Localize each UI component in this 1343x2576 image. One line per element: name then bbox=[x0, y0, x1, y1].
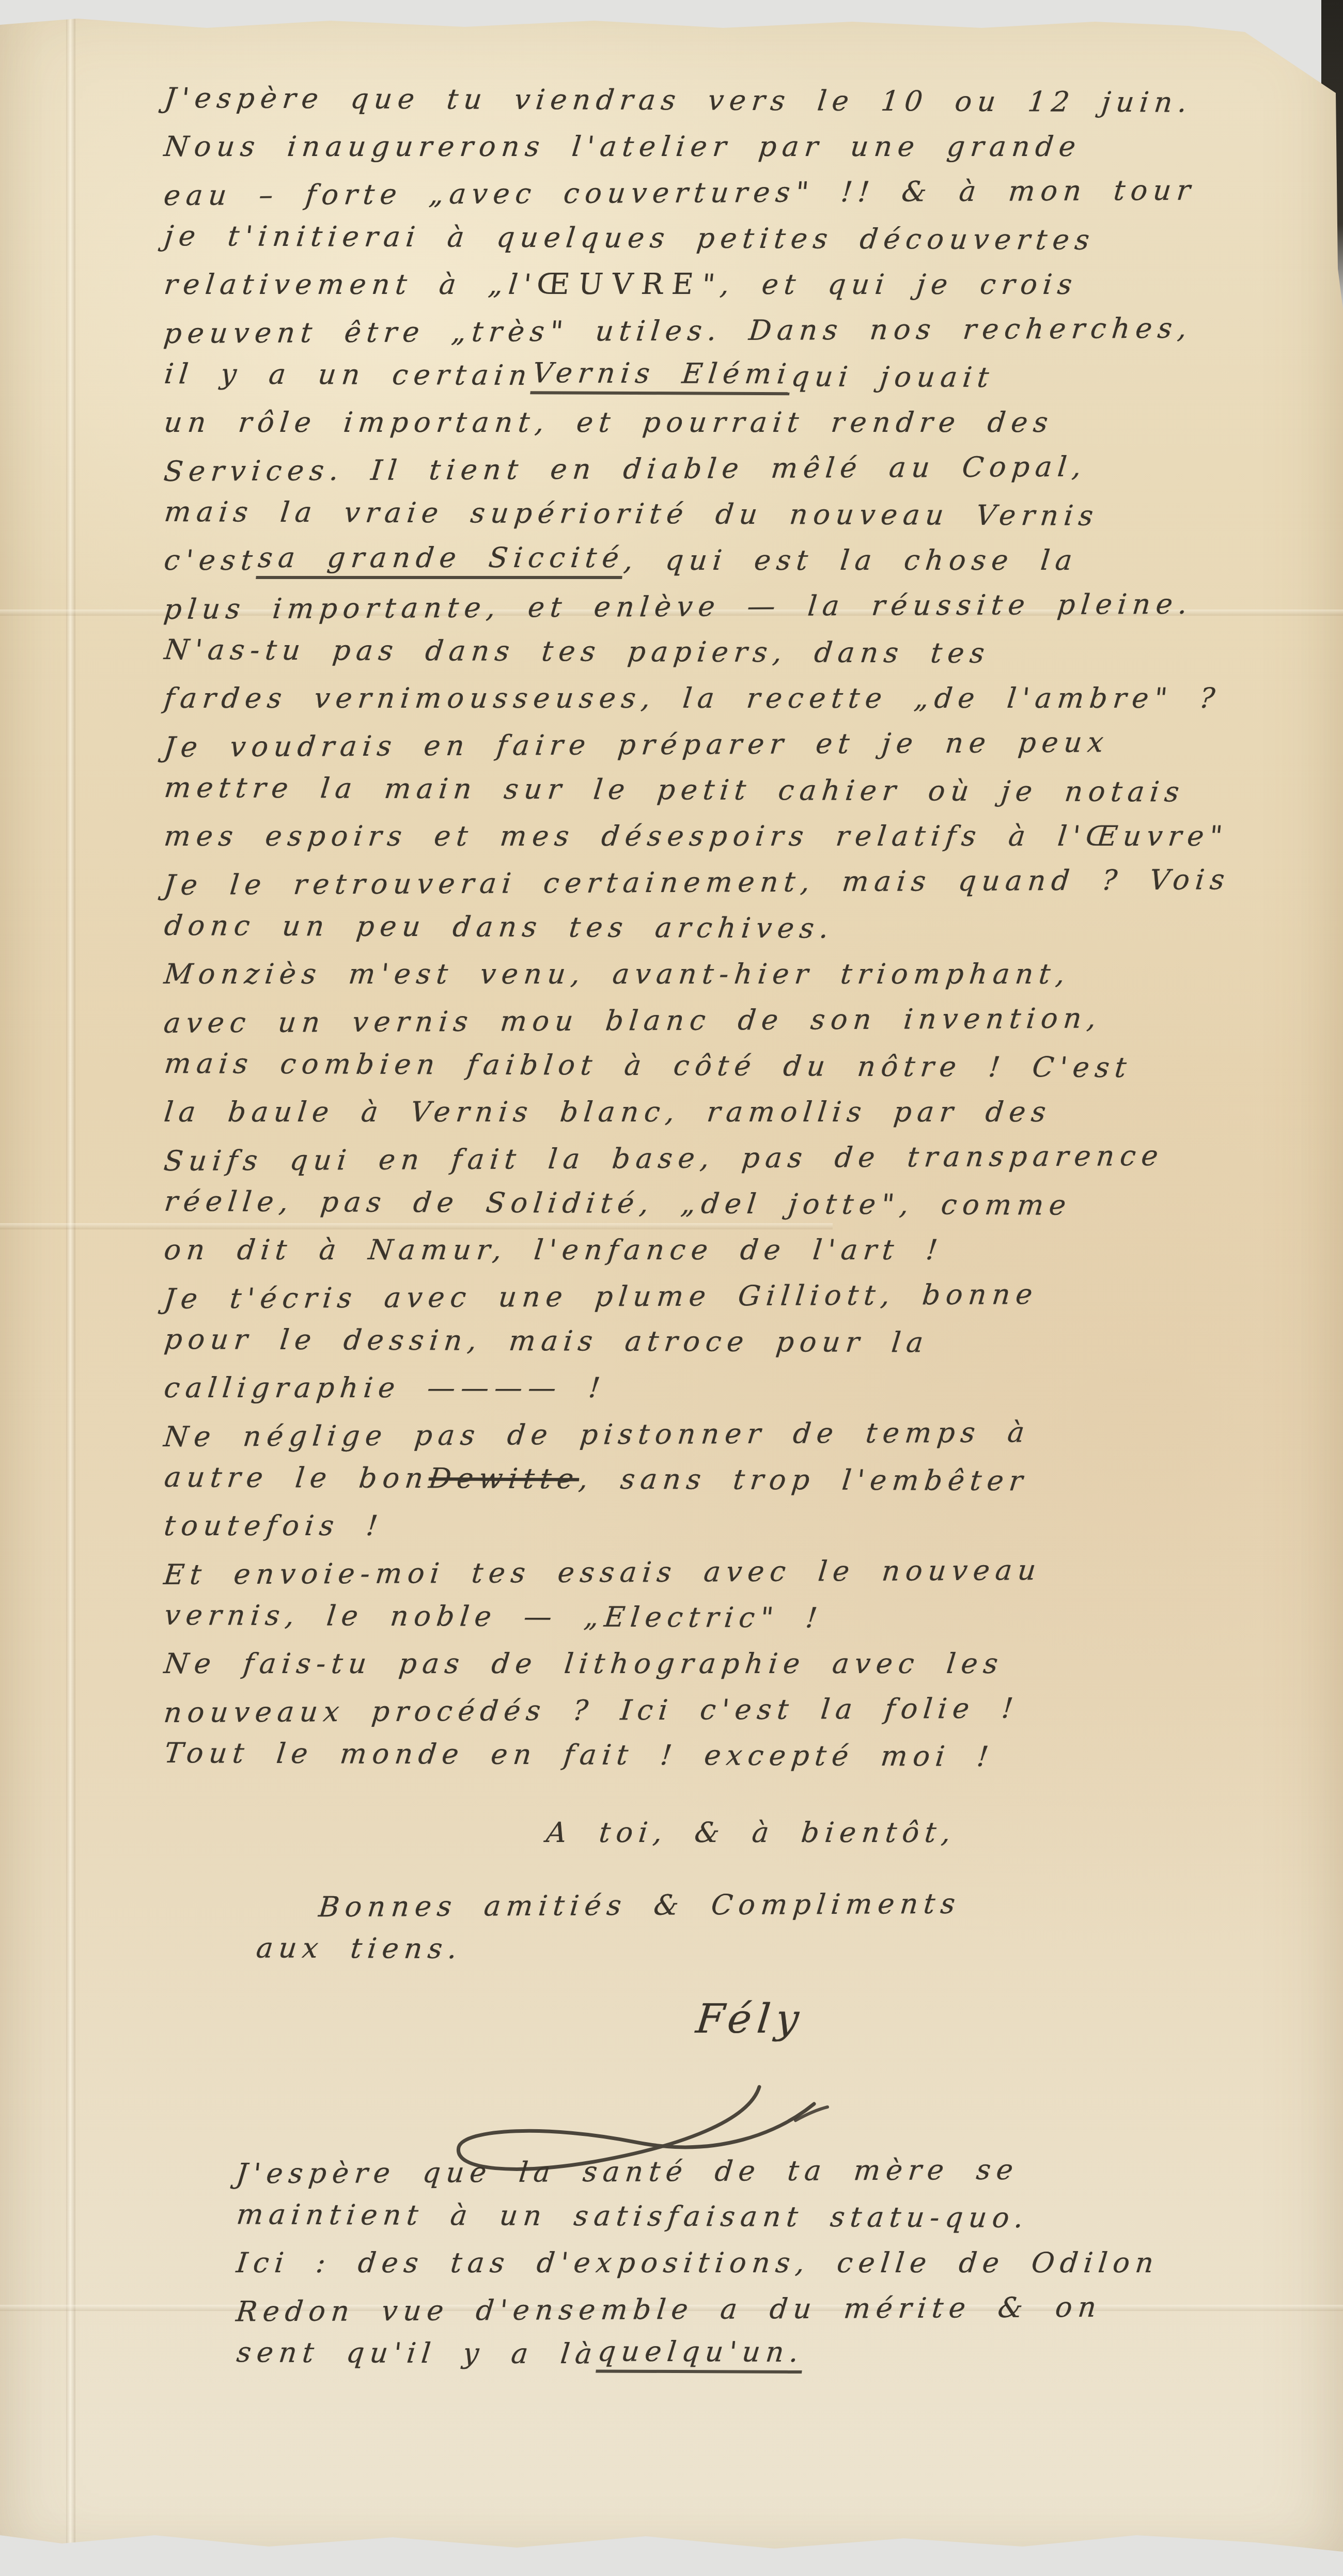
text-segment: calligraphie ———— ! bbox=[163, 1371, 607, 1404]
text-segment: Ne fais-tu pas de lithographie avec les bbox=[163, 1647, 1005, 1680]
text-segment: Monziès m'est venu, avant-hier triomphan… bbox=[163, 958, 1072, 990]
text-segment: aux tiens. bbox=[255, 1931, 464, 1965]
letter-paper: J'espère que tu viendras vers le 10 ou 1… bbox=[0, 0, 1343, 2576]
letter-line: autre le bon Dewitte, sans trop l'embête… bbox=[162, 1454, 1343, 1505]
letter-line: Nous inaugurerons l'atelier par une gran… bbox=[162, 123, 1343, 169]
letter-line: relativement à „l'ŒUVRE", et qui je croi… bbox=[162, 261, 1343, 307]
underlined-text: quelqu'un. bbox=[596, 2335, 806, 2374]
text-segment: sent qu'il y a là bbox=[235, 2336, 599, 2370]
postscript-line: sent qu'il y a là quelqu'un. bbox=[235, 2329, 1343, 2380]
text-segment: mais la vraie supériorité du nouveau Ver… bbox=[163, 495, 1100, 532]
letter-line: il y a un certain Vernis Elémi qui jouai… bbox=[162, 351, 1343, 402]
text-segment: plus importante, et enlève — la réussite… bbox=[162, 588, 1194, 626]
text-segment: Je voudrais en faire préparer et je ne p… bbox=[162, 726, 1111, 763]
text-segment: A toi, & à bientôt, bbox=[545, 1816, 958, 1849]
text-segment: maintient à un satisfaisant statu-quo. bbox=[235, 2198, 1030, 2234]
letter-line: Ne fais-tu pas de lithographie avec les bbox=[162, 1641, 1343, 1687]
letter-line: mais la vraie supériorité du nouveau Ver… bbox=[162, 489, 1343, 540]
text-segment: on dit à Namur, l'enfance de l'art ! bbox=[163, 1234, 945, 1266]
text-segment: je t'initierai à quelques petites découv… bbox=[163, 220, 1097, 256]
text-segment: eau – forte „avec couvertures" !! & à mo… bbox=[162, 174, 1197, 212]
postscript-line: Redon vue d'ensemble a du mérite & on bbox=[234, 2283, 1343, 2334]
letter-line: toutefois ! bbox=[162, 1503, 1343, 1549]
closing-line: Bonnes amitiés & Compliments bbox=[317, 1879, 1343, 1930]
letter-line: Et envoie-moi tes essais avec le nouveau bbox=[162, 1545, 1343, 1598]
text-segment: Ici : des tas d'expositions, celle de Od… bbox=[235, 2246, 1161, 2279]
text-segment: pour le dessin, mais atroce pour la bbox=[163, 1323, 930, 1359]
text-segment: mes espoirs et mes désespoirs relatifs à… bbox=[163, 820, 1230, 852]
letter-line: Tout le monde en fait ! excepté moi ! bbox=[162, 1730, 1343, 1781]
text-segment: J'espère que tu viendras vers le 10 ou 1… bbox=[163, 82, 1194, 119]
letter-line: eau – forte „avec couvertures" !! & à mo… bbox=[162, 166, 1343, 218]
text-segment: il y a un certain bbox=[163, 357, 534, 392]
letter-line: plus importante, et enlève — la réussite… bbox=[162, 580, 1343, 632]
struck-out-text: Dewitte bbox=[427, 1462, 581, 1495]
letter-line: vernis, le noble — „Electric" ! bbox=[162, 1592, 1343, 1643]
letter-line: peuvent être „très" utiles. Dans nos rec… bbox=[162, 304, 1343, 356]
text-segment: Ne néglige pas de pistonner de temps à bbox=[162, 1416, 1032, 1453]
letter-line: mais combien faiblot à côté du nôtre ! C… bbox=[162, 1040, 1343, 1091]
letter-line: mettre la main sur le petit cahier où je… bbox=[162, 764, 1343, 816]
text-segment: autre le bon bbox=[163, 1461, 431, 1494]
letter-line: réelle, pas de Solidité, „del jotte", co… bbox=[162, 1178, 1343, 1229]
letter-line: Je voudrais en faire préparer et je ne p… bbox=[162, 718, 1343, 770]
text-segment: Et envoie-moi tes essais avec le nouveau bbox=[162, 1554, 1043, 1591]
text-segment: mais combien faiblot à côté du nôtre ! C… bbox=[163, 1047, 1134, 1084]
text-segment: Je le retrouverai certainement, mais qua… bbox=[162, 863, 1231, 901]
letter-body: J'espère que tu viendras vers le 10 ou 1… bbox=[0, 77, 1343, 2378]
text-segment: avec un vernis mou blanc de son inventio… bbox=[162, 1002, 1103, 1039]
closing-line: aux tiens. bbox=[254, 1925, 1343, 1975]
text-segment: nouveaux procédés ? Ici c'est la folie ! bbox=[162, 1692, 1020, 1729]
text-segment: un rôle important, et pourrait rendre de… bbox=[163, 406, 1055, 439]
capitals-text: ŒUVRE bbox=[535, 268, 704, 301]
text-segment: la baule à Vernis blanc, ramollis par de… bbox=[163, 1096, 1053, 1128]
text-segment: Je t'écris avec une plume Gilliott, bonn… bbox=[162, 1278, 1039, 1315]
letter-line: fardes vernimousseuses, la recette „de l… bbox=[162, 675, 1343, 721]
text-segment: Suifs qui en fait la base, pas de transp… bbox=[162, 1139, 1165, 1177]
letter-line: avec un vernis mou blanc de son inventio… bbox=[162, 994, 1343, 1046]
letter-line: c'est sa grande Siccité, qui est la chos… bbox=[162, 537, 1343, 583]
text-segment: Redon vue d'ensemble a du mérite & on bbox=[235, 2291, 1103, 2328]
letter-line: Je t'écris avec une plume Gilliott, bonn… bbox=[162, 1270, 1343, 1322]
text-segment: donc un peu dans tes archives. bbox=[163, 909, 836, 945]
letter-line: Services. Il tient en diable mêlé au Cop… bbox=[162, 442, 1343, 494]
letter-line: N'as-tu pas dans tes papiers, dans tes bbox=[162, 627, 1343, 678]
underlined-text: sa grande Siccité bbox=[256, 541, 626, 579]
text-segment: N'as-tu pas dans tes papiers, dans tes bbox=[163, 633, 992, 669]
letter-line: Suifs qui en fait la base, pas de transp… bbox=[162, 1132, 1343, 1184]
letter-line: calligraphie ———— ! bbox=[162, 1365, 1343, 1411]
text-segment: J'espère que la santé de ta mère se bbox=[235, 2153, 1020, 2190]
text-segment: Nous inaugurerons l'atelier par une gran… bbox=[163, 130, 1083, 163]
letter-line: la baule à Vernis blanc, ramollis par de… bbox=[162, 1089, 1343, 1135]
letter-line: J'espère que tu viendras vers le 10 ou 1… bbox=[162, 75, 1343, 126]
text-segment: Tout le monde en fait ! excepté moi ! bbox=[163, 1737, 996, 1773]
text-segment: peuvent être „très" utiles. Dans nos rec… bbox=[162, 312, 1194, 350]
text-segment: fardes vernimousseuses, la recette „de l… bbox=[163, 682, 1222, 714]
postscript-line: J'espère que la santé de ta mère se bbox=[234, 2145, 1343, 2196]
text-segment: Fély bbox=[694, 1996, 806, 2042]
letter-line: Monziès m'est venu, avant-hier triomphan… bbox=[162, 951, 1343, 997]
letter-line: je t'initierai à quelques petites découv… bbox=[162, 213, 1343, 264]
letter-line: pour le dessin, mais atroce pour la bbox=[162, 1316, 1343, 1367]
text-segment: ", et qui je crois bbox=[700, 268, 1080, 301]
signature: Fély bbox=[693, 1988, 1343, 2051]
text-segment: Bonnes amitiés & Compliments bbox=[317, 1887, 962, 1924]
postscript-line: Ici : des tas d'expositions, celle de Od… bbox=[234, 2240, 1343, 2286]
underlined-text: Vernis Elémi bbox=[530, 356, 794, 395]
text-segment: mettre la main sur le petit cahier où je… bbox=[163, 771, 1186, 808]
text-segment: vernis, le noble — „Electric" ! bbox=[163, 1599, 824, 1634]
letter-line: mes espoirs et mes désespoirs relatifs à… bbox=[162, 813, 1343, 859]
text-segment: Services. Il tient en diable mêlé au Cop… bbox=[162, 450, 1088, 488]
letter-line: nouveaux procédés ? Ici c'est la folie ! bbox=[162, 1683, 1343, 1736]
letter-line: un rôle important, et pourrait rendre de… bbox=[162, 399, 1343, 445]
valediction: A toi, & à bientôt, bbox=[544, 1809, 1343, 1855]
letter-line: on dit à Namur, l'enfance de l'art ! bbox=[162, 1227, 1343, 1273]
letter-line: donc un peu dans tes archives. bbox=[162, 902, 1343, 954]
letter-line: Je le retrouverai certainement, mais qua… bbox=[162, 856, 1343, 908]
text-segment: toutefois ! bbox=[163, 1509, 385, 1542]
postscript-line: maintient à un satisfaisant statu-quo. bbox=[235, 2191, 1343, 2242]
letter-line: Ne néglige pas de pistonner de temps à bbox=[162, 1408, 1343, 1460]
text-segment: , sans trop l'embêter bbox=[577, 1463, 1030, 1497]
text-segment: qui jouait bbox=[790, 360, 996, 394]
text-segment: , qui est la chose la bbox=[622, 544, 1080, 576]
text-segment: réelle, pas de Solidité, „del jotte", co… bbox=[163, 1185, 1073, 1222]
text-segment: c'est bbox=[163, 544, 260, 576]
text-segment: relativement à „l' bbox=[163, 268, 539, 301]
